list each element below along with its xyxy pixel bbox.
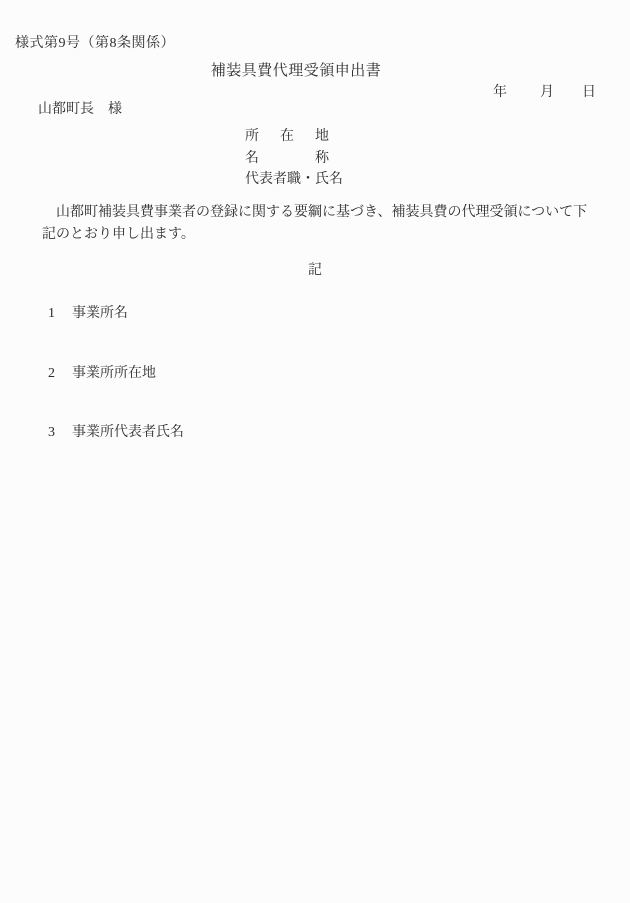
date-line: 年月日 (0, 86, 596, 100)
list-item: 1事業所名 (48, 307, 128, 321)
form-number: 様式第9号（第8条関係） (15, 37, 175, 51)
document-title: 補装具費代理受領申出書 (0, 64, 592, 79)
sender-block: 所在地 名称 代表者職・氏名 (245, 126, 343, 191)
list-item-label: 事業所所在地 (72, 366, 156, 381)
date-month-label: 月 (540, 85, 554, 100)
addressee: 山都町長 様 (38, 103, 122, 117)
sender-representative-row: 代表者職・氏名 (245, 169, 343, 191)
sender-location-row: 所在地 (245, 126, 343, 148)
document-page: 様式第9号（第8条関係） 補装具費代理受領申出書 年月日 山都町長 様 所在地 … (0, 0, 630, 903)
sender-name-label: 名称 (245, 148, 329, 170)
sender-location-label: 所在地 (245, 126, 329, 148)
list-item: 2事業所所在地 (48, 367, 156, 381)
sender-name-row: 名称 (245, 148, 343, 170)
list-item-label: 事業所代表者氏名 (72, 425, 184, 440)
sender-representative-label: 代表者職・氏名 (245, 172, 343, 187)
list-item-number: 3 (48, 426, 72, 440)
date-day-label: 日 (582, 85, 596, 100)
list-item-number: 2 (48, 367, 72, 381)
body-paragraph: 山都町補装具費事業者の登録に関する要綱に基づき、補装具費の代理受領について下記の… (42, 202, 594, 246)
list-heading: 記 (0, 264, 630, 278)
date-year-label: 年 (493, 85, 507, 100)
list-item-label: 事業所名 (72, 306, 128, 321)
list-item-number: 1 (48, 307, 72, 321)
list-item: 3事業所代表者氏名 (48, 426, 184, 440)
